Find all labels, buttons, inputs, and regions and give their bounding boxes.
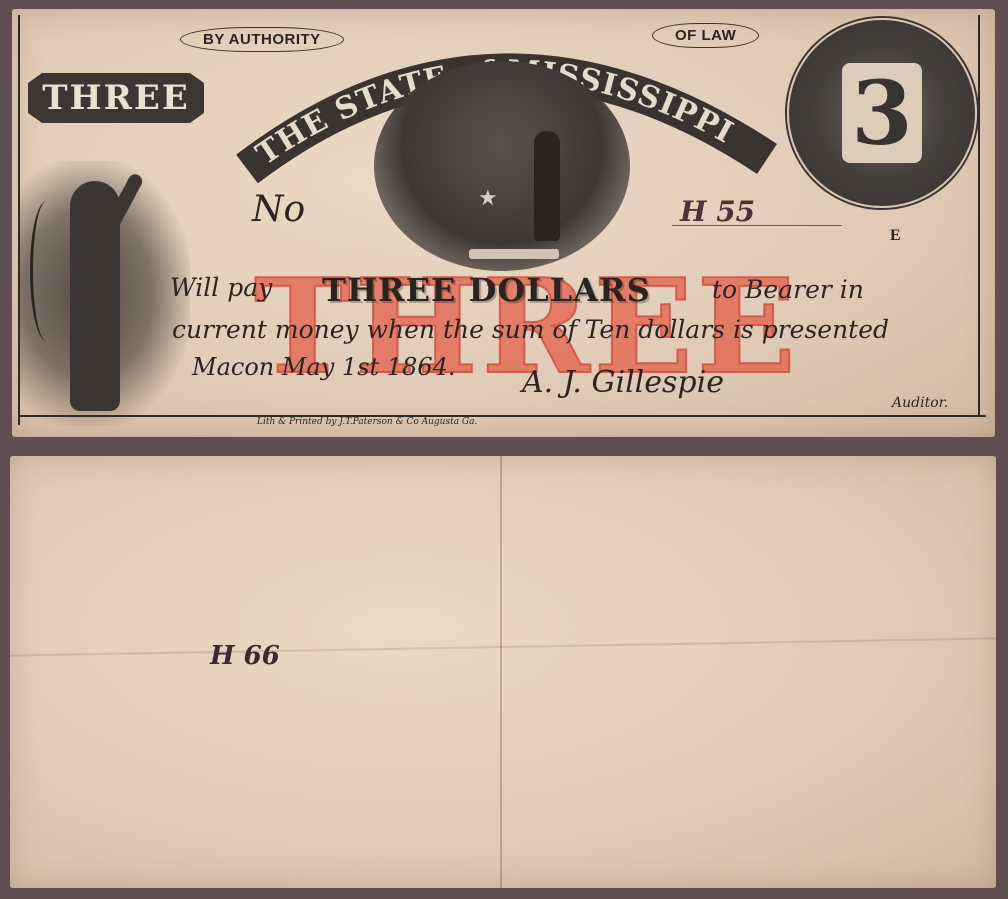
promise-line1-start: Will pay xyxy=(170,273,272,302)
left-vignette-figure xyxy=(20,161,190,426)
signature: A. J. Gillespie xyxy=(522,365,724,400)
banknote-front: THREE BY AUTHORITY OF LAW THE STATE of M… xyxy=(12,9,995,437)
printer-imprint: Lith & Printed by J.T.Paterson & Co Augu… xyxy=(257,417,477,427)
central-vignette: ★ xyxy=(374,61,630,271)
star-icon: ★ xyxy=(478,185,498,211)
bow-icon xyxy=(30,201,63,341)
corner-denomination-box: THREE xyxy=(28,73,204,123)
promise-line1-end: to Bearer in xyxy=(712,275,864,304)
serial-number: H 55 xyxy=(680,195,755,228)
seal-numeral: 3 xyxy=(842,63,922,163)
denomination-seal: 3 xyxy=(787,18,977,208)
horizontal-fold xyxy=(10,637,996,656)
signature-title: Auditor. xyxy=(892,395,948,411)
serial-prefix: No xyxy=(252,189,305,230)
border-line-right xyxy=(978,15,980,417)
serial-underline xyxy=(672,225,842,226)
soldier-figure xyxy=(534,131,560,241)
place-date: Macon May 1st 1864. xyxy=(192,353,456,381)
denomination-text: THREE DOLLARS xyxy=(322,271,651,309)
vertical-fold xyxy=(500,456,502,888)
back-handwritten-mark: H 66 xyxy=(210,641,280,671)
banknote-back: H 66 xyxy=(10,456,996,888)
promise-line2: current money when the sum of Ten dollar… xyxy=(172,315,889,344)
plate-letter: E xyxy=(890,227,901,245)
